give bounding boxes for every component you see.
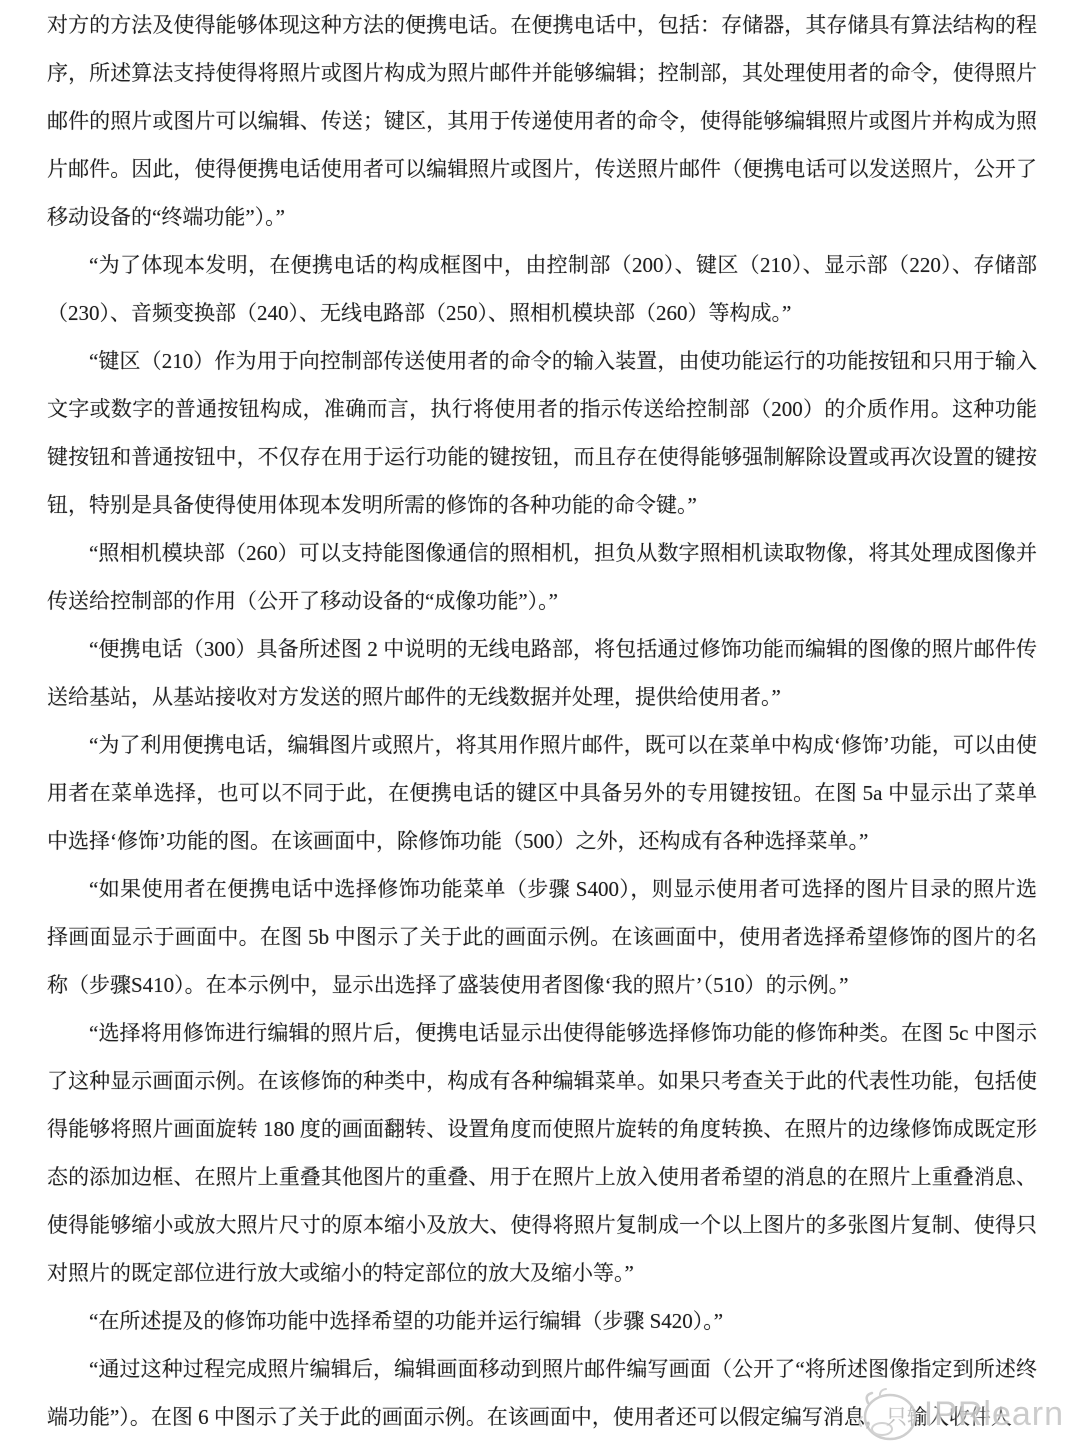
paragraph-10: “通过这种过程完成照片编辑后，编辑画面移动到照片邮件编写画面（公开了“将所述图像… (47, 1345, 1037, 1441)
paragraph-7: “如果使用者在便携电话中选择修饰功能菜单（步骤 S400），则显示使用者可选择的… (47, 865, 1037, 1009)
paragraph-6: “为了利用便携电话，编辑图片或照片，将其用作照片邮件，既可以在菜单中构成‘修饰’… (47, 721, 1037, 865)
document-page: 对方的方法及使得能够体现这种方法的便携电话。在便携电话中，包括：存储器，其存储具… (0, 0, 1080, 1449)
paragraph-5: “便携电话（300）具备所述图 2 中说明的无线电路部，将包括通过修饰功能而编辑… (47, 625, 1037, 721)
paragraph-8: “选择将用修饰进行编辑的照片后，便携电话显示出使得能够选择修饰功能的修饰种类。在… (47, 1009, 1037, 1297)
paragraph-1: 对方的方法及使得能够体现这种方法的便携电话。在便携电话中，包括：存储器，其存储具… (47, 1, 1037, 241)
paragraph-3: “键区（210）作为用于向控制部传送使用者的命令的输入装置，由使功能运行的功能按… (47, 337, 1037, 529)
paragraph-2: “为了体现本发明，在便携电话的构成框图中，由控制部（200）、键区（210）、显… (47, 241, 1037, 337)
patent-text-body: 对方的方法及使得能够体现这种方法的便携电话。在便携电话中，包括：存储器，其存储具… (47, 1, 1037, 1441)
paragraph-9: “在所述提及的修饰功能中选择希望的功能并运行编辑（步骤 S420）。” (47, 1297, 1037, 1345)
paragraph-4: “照相机模块部（260）可以支持能图像通信的照相机，担负从数字照相机读取物像，将… (47, 529, 1037, 625)
